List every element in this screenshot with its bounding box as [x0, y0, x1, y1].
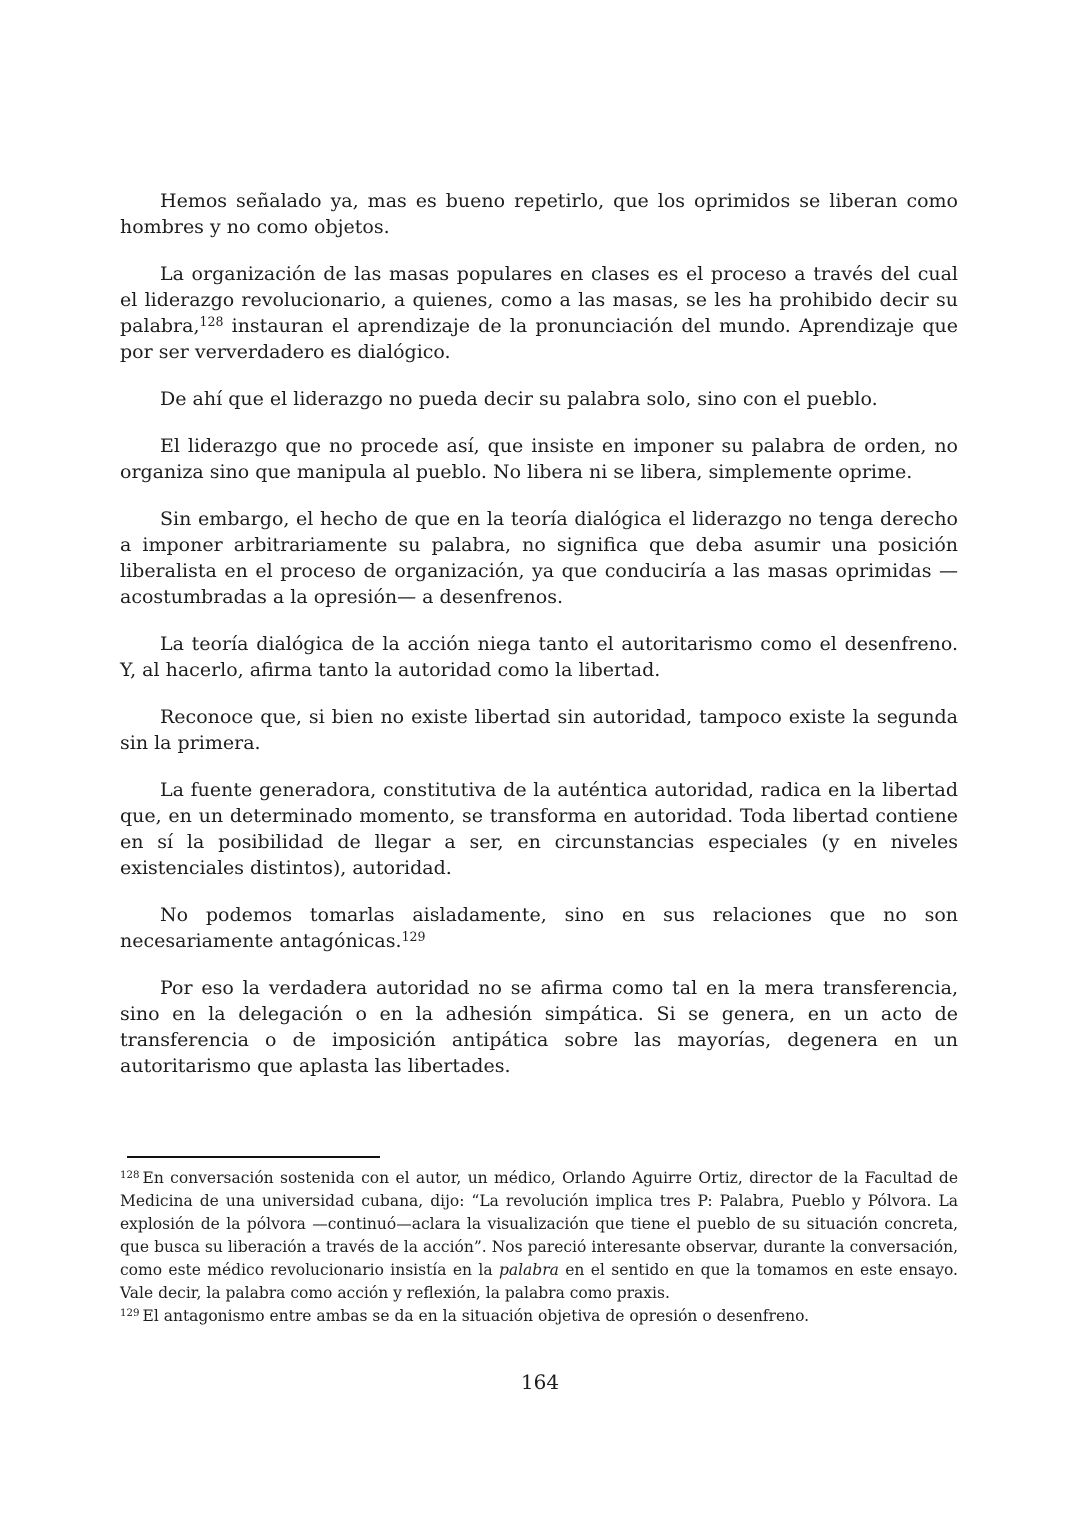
paragraph: La organización de las masas populares e… — [120, 261, 958, 365]
paragraph: Reconoce que, si bien no existe libertad… — [120, 704, 958, 756]
footnote-reference: 129 — [402, 929, 426, 944]
footnote-marker: 128 — [120, 1170, 140, 1181]
footnote-marker: 129 — [120, 1308, 140, 1319]
main-text: Hemos señalado ya, mas es bueno repetirl… — [120, 188, 958, 1100]
footnote-reference: 128 — [200, 314, 224, 329]
paragraph: Hemos señalado ya, mas es bueno repetirl… — [120, 188, 958, 240]
paragraph: No podemos tomarlas aisladamente, sino e… — [120, 902, 958, 954]
footnote-separator — [127, 1156, 380, 1158]
paragraph: El liderazgo que no procede así, que ins… — [120, 433, 958, 485]
paragraph: La fuente generadora, constitutiva de la… — [120, 777, 958, 881]
footnote: 129El antagonismo entre ambas se da en l… — [120, 1305, 958, 1328]
paragraph: Sin embargo, el hecho de que en la teorí… — [120, 506, 958, 610]
paragraph: De ahí que el liderazgo no pueda decir s… — [120, 386, 958, 412]
emphasized-text: palabra — [499, 1261, 559, 1279]
footnotes: 128En conversación sostenida con el auto… — [120, 1167, 958, 1328]
page-number: 164 — [0, 1369, 1080, 1395]
paragraph: Por eso la verdadera autoridad no se afi… — [120, 975, 958, 1079]
paragraph: La teoría dialógica de la acción niega t… — [120, 631, 958, 683]
footnote: 128En conversación sostenida con el auto… — [120, 1167, 958, 1305]
document-page: Hemos señalado ya, mas es bueno repetirl… — [0, 0, 1080, 1527]
